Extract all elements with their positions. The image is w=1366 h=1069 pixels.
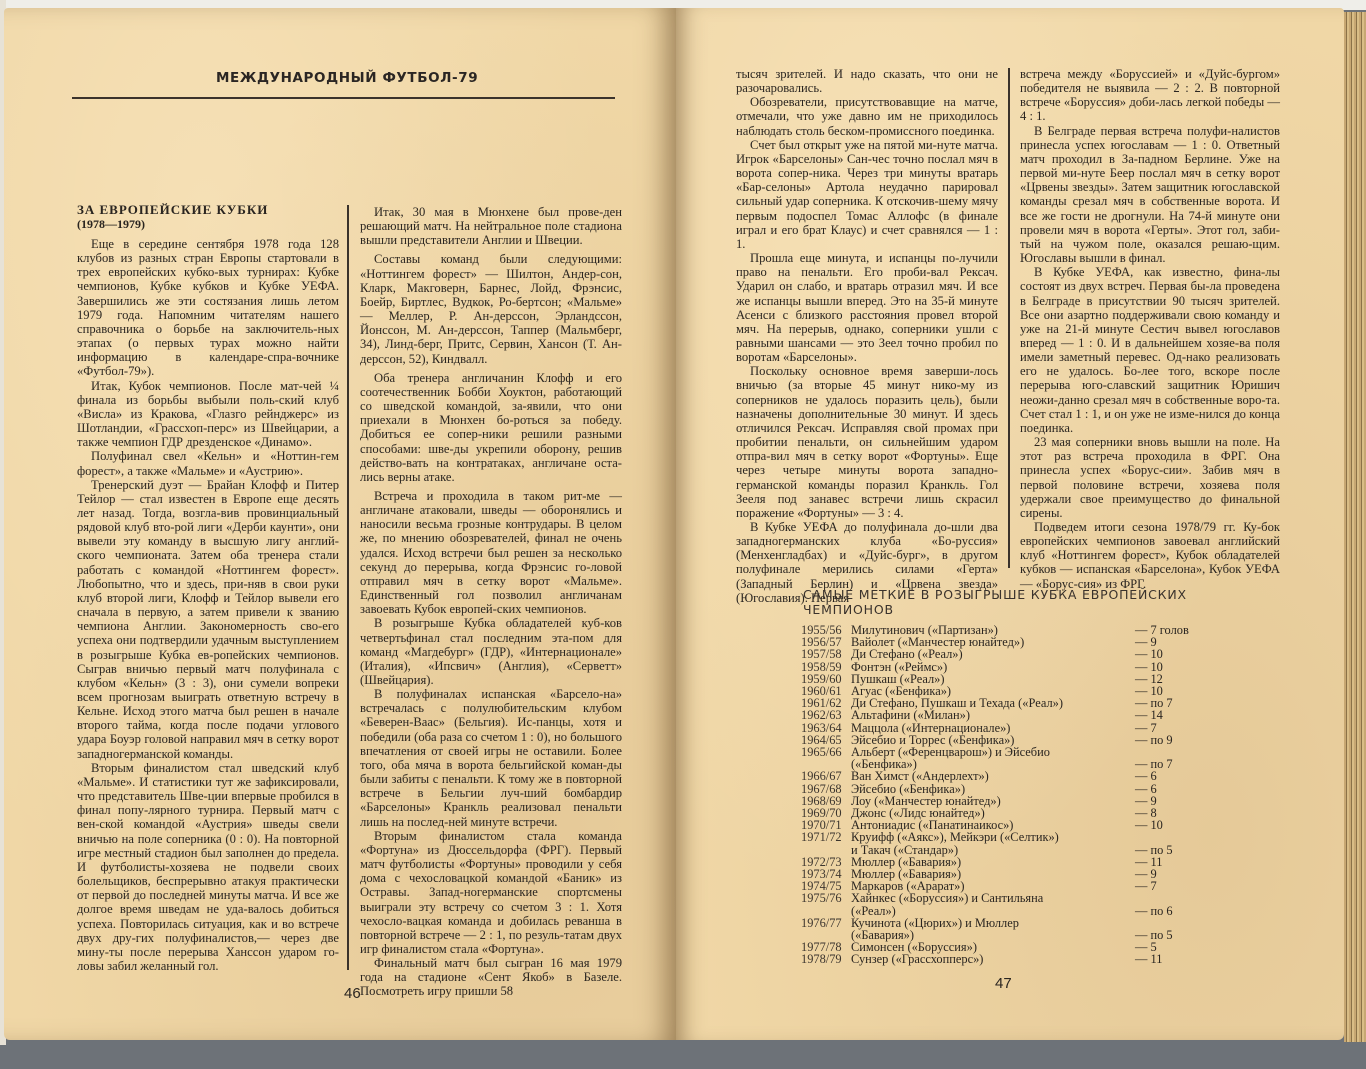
- goals-count: — по 9: [1135, 734, 1173, 746]
- scorer-row: 1975/76Хайнкес («Боруссия») и Сантильяна: [801, 892, 1221, 904]
- page-number-left: 46: [344, 985, 361, 1002]
- paragraph: В розыгрыше Кубка обладателей куб-ков че…: [360, 616, 622, 687]
- season: 1976/77: [801, 917, 851, 929]
- scorer-row: 1971/72Круифф («Аякс»), Мейкэри («Селтик…: [801, 831, 1221, 843]
- scorer-row: 1978/79Сунзер («Грассхопперс»)— 11: [801, 953, 1221, 965]
- paragraph: Вторым финалистом стала команда «Фортуна…: [360, 829, 622, 956]
- left-page-column-1: ЗА ЕВРОПЕЙСКИЕ КУБКИ (1978—1979) Еще в с…: [77, 203, 339, 973]
- section-title: ЗА ЕВРОПЕЙСКИЕ КУБКИ: [77, 203, 339, 217]
- goals-count: — 6: [1135, 770, 1157, 782]
- scorer-row: 1966/67Ван Химст («Андерлехт»)— 6: [801, 770, 1221, 782]
- player-name: Круифф («Аякс»), Мейкэри («Селтик»): [851, 831, 1171, 843]
- open-book: МЕЖДУНАРОДНЫЙ ФУТБОЛ-79 ЗА ЕВРОПЕЙСКИЕ К…: [0, 0, 1366, 1045]
- paragraph: Подведем итоги сезона 1978/79 гг. Ку-бок…: [1020, 520, 1280, 591]
- goals-count: — 7: [1135, 880, 1157, 892]
- paragraph: 23 мая соперники вновь вышли на поле. На…: [1020, 435, 1280, 520]
- paragraph: Поскольку основное время заверши-лось вн…: [736, 364, 998, 520]
- scorer-row: 1957/58Ди Стефано («Реал»)— 10: [801, 648, 1221, 660]
- paragraph: В полуфиналах испанская «Барсело-на» вст…: [360, 687, 622, 829]
- scorer-row: 1958/59Фонтэн («Реймс»)— 10: [801, 661, 1221, 673]
- page-edges: [1344, 12, 1366, 1042]
- player-name: Сунзер («Грассхопперс»): [851, 953, 1171, 965]
- goals-count: — по 6: [1135, 905, 1173, 917]
- right-page-column-1: тысяч зрителей. И надо сказать, что они …: [736, 67, 998, 605]
- paragraph: Составы команд были следующими: «Ноттинг…: [360, 252, 622, 365]
- paragraph: В Кубке УЕФА, как известно, фина-лы сост…: [1020, 265, 1280, 435]
- paragraph: Еще в середине сентября 1978 года 128 кл…: [77, 237, 339, 379]
- paragraph: встреча между «Боруссией» и «Дуйс-бургом…: [1020, 67, 1280, 124]
- paragraph: Обозреватели, присутствовавщие на матче,…: [736, 95, 998, 137]
- goals-count: — 6: [1135, 783, 1157, 795]
- paragraph: Полуфинал свел «Кельн» и «Ноттин-гем фор…: [77, 449, 339, 477]
- goals-count: — 14: [1135, 709, 1163, 721]
- right-page-column-2: встреча между «Боруссией» и «Дуйс-бургом…: [1020, 67, 1280, 591]
- season: 1966/67: [801, 770, 851, 782]
- scorers-table: 1955/56Милутинович («Партизан»)— 7 голов…: [801, 624, 1221, 966]
- season: 1957/58: [801, 648, 851, 660]
- paragraph: Вторым финалистом стал шведский клуб «Ма…: [77, 761, 339, 973]
- season: 1971/72: [801, 831, 851, 843]
- season: 1978/79: [801, 953, 851, 965]
- paragraph: Итак, 30 мая в Мюнхене был прове-ден реш…: [360, 205, 622, 247]
- paragraph: тысяч зрителей. И надо сказать, что они …: [736, 67, 998, 95]
- paragraph: Финальный матч был сыгран 16 мая 1979 го…: [360, 956, 622, 998]
- paragraph: Встреча и проходила в таком рит-ме — анг…: [360, 489, 622, 616]
- player-name: Альтафини («Милан»): [851, 709, 1171, 721]
- paragraph: Итак, Кубок чемпионов. После мат-чей ¼ ф…: [77, 379, 339, 450]
- running-head: МЕЖДУНАРОДНЫЙ ФУТБОЛ-79: [216, 70, 616, 86]
- column-divider: [347, 205, 349, 970]
- season: 1962/63: [801, 709, 851, 721]
- paragraph: Прошла еще минута, и испанцы по-лучили п…: [736, 251, 998, 364]
- goals-count: — 10: [1135, 819, 1163, 831]
- scorer-row: 1962/63Альтафини («Милан»)— 14: [801, 709, 1221, 721]
- goals-count: — 7: [1135, 722, 1157, 734]
- season: 1963/64: [801, 722, 851, 734]
- season: 1975/76: [801, 892, 851, 904]
- column-divider: [1008, 68, 1010, 568]
- goals-count: — 10: [1135, 648, 1163, 660]
- player-name: Хайнкес («Боруссия») и Сантильяна: [851, 892, 1171, 904]
- section-years: (1978—1979): [77, 217, 339, 231]
- paragraph: В Белграде первая встреча полуфи-налисто…: [1020, 124, 1280, 266]
- season: 1965/66: [801, 746, 851, 758]
- player-name: Ди Стефано («Реал»): [851, 648, 1171, 660]
- paragraph: Счет был открыт уже на пятой ми-нуте мат…: [736, 138, 998, 251]
- header-rule: [72, 97, 615, 99]
- scorers-table-title: САМЫЕ МЕТКИЕ В РОЗЫГРЫШЕ КУБКА ЕВРОПЕЙСК…: [803, 587, 1203, 617]
- season: 1967/68: [801, 783, 851, 795]
- goals-count: — 11: [1135, 953, 1162, 965]
- season: 1958/59: [801, 661, 851, 673]
- player-name: Маццола («Интернационале»): [851, 722, 1171, 734]
- left-page-column-2: Итак, 30 мая в Мюнхене был прове-ден реш…: [360, 205, 622, 999]
- paragraph: Тренерский дуэт — Брайан Клофф и Питер Т…: [77, 478, 339, 761]
- player-name: Эйсебио («Бенфика»): [851, 783, 1171, 795]
- player-name: Ван Химст («Андерлехт»): [851, 770, 1171, 782]
- page-number-right: 47: [995, 975, 1012, 992]
- scorer-row: 1963/64Маццола («Интернационале»)— 7: [801, 722, 1221, 734]
- paragraph: Оба тренера англичанин Клофф и его сооте…: [360, 371, 622, 484]
- scorer-row: 1967/68Эйсебио («Бенфика»)— 6: [801, 783, 1221, 795]
- goals-count: — 10: [1135, 661, 1163, 673]
- player-name: Фонтэн («Реймс»): [851, 661, 1171, 673]
